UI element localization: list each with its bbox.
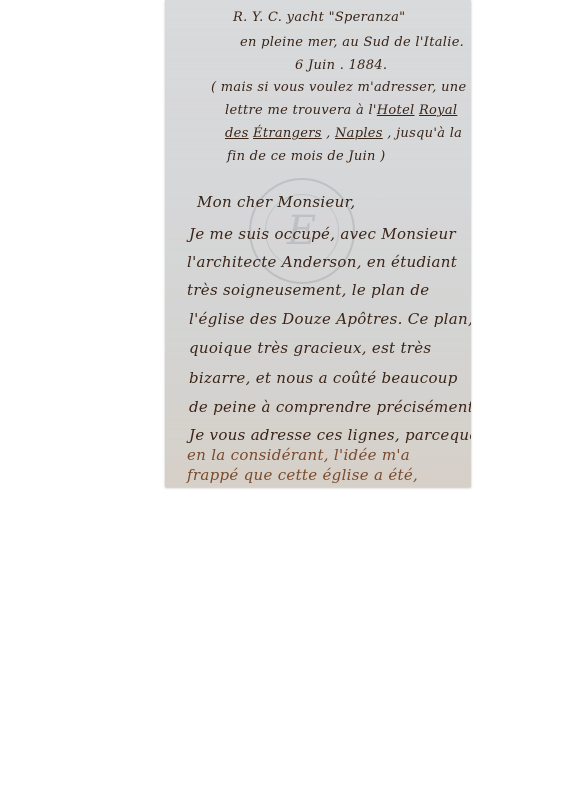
body-line: très soigneusement, le plan de	[187, 281, 429, 299]
header-location-line: en pleine mer, au Sud de l'Italie.	[240, 35, 464, 50]
body-line: de peine à comprendre précisément.	[189, 398, 471, 416]
note-line-3: des Étrangers , Naples , jusqu'à la	[225, 126, 462, 141]
body-line: frappé que cette église a été,	[187, 466, 418, 484]
body-line: Je me suis occupé, avec Monsieur	[189, 225, 456, 243]
des-word: des	[225, 126, 249, 141]
etrangers-word: Étrangers	[253, 126, 322, 141]
naples-word: Naples	[335, 126, 383, 141]
document-viewer: E R. Y. C. yacht "Speranza" en pleine me…	[0, 0, 581, 800]
body-line: quoique très gracieux, est très	[189, 339, 431, 357]
note-line-2: lettre me trouvera à l'Hotel Royal	[225, 103, 457, 118]
body-line: l'architecte Anderson, en étudiant	[187, 253, 457, 271]
salutation: Mon cher Monsieur,	[197, 193, 355, 211]
note-line-2-prefix: lettre me trouvera à l'	[225, 103, 377, 118]
body-line: en la considérant, l'idée m'a	[187, 446, 410, 464]
note-sep: ,	[322, 126, 335, 141]
body-line: Je vous adresse ces lignes, parceque,	[189, 426, 471, 444]
header-yacht-line: R. Y. C. yacht "Speranza"	[233, 10, 405, 25]
body-line: bizarre, et nous a coûté beaucoup	[189, 369, 458, 387]
note-line-4: fin de ce mois de Juin )	[227, 149, 386, 164]
letter-page: E R. Y. C. yacht "Speranza" en pleine me…	[165, 0, 471, 487]
royal-word: Royal	[419, 103, 457, 118]
note-line-1: ( mais si vous voulez m'adresser, une	[211, 80, 466, 95]
hotel-word: Hotel	[377, 103, 415, 118]
note-line-3-suffix: , jusqu'à la	[383, 126, 462, 141]
header-date: 6 Juin . 1884.	[295, 58, 387, 73]
body-line: l'église des Douze Apôtres. Ce plan,	[189, 310, 471, 328]
